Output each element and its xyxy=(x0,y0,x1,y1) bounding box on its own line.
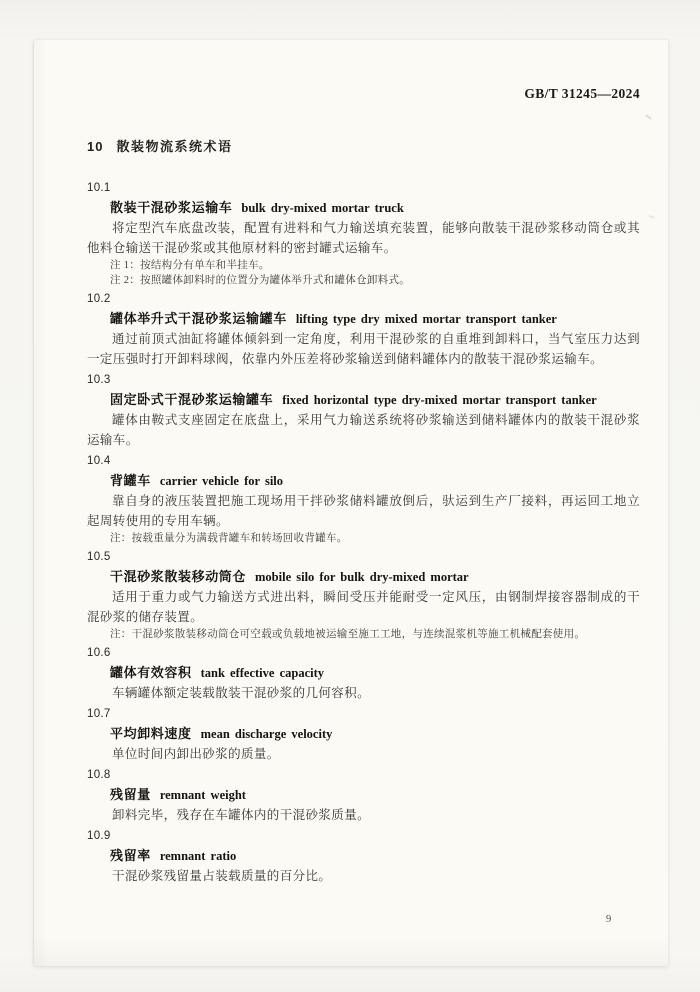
clause-10-8: 10.8 残留量remnant weight 卸料完毕，残存在车罐体内的干混砂浆… xyxy=(87,767,640,825)
clause-number: 10.6 xyxy=(87,645,640,661)
definition-text: 罐体由鞍式支座固定在底盘上，采用气力输送系统将砂浆输送到储料罐体内的散装干混砂浆… xyxy=(87,410,640,450)
note: 注：干混砂浆散装移动筒仓可空载或负载地被运输至施工工地，与连续混浆机等施工机械配… xyxy=(110,628,640,642)
definition-text: 靠自身的液压装置把施工现场用干拌砂浆储料罐放倒后，驮运到生产厂接料，再运回工地立… xyxy=(87,491,640,531)
term-zh: 残留率 xyxy=(110,848,151,863)
term-zh: 固定卧式干混砂浆运输罐车 xyxy=(110,392,273,407)
term-zh: 干混砂浆散装移动筒仓 xyxy=(110,569,246,584)
term-line: 残留量remnant weight xyxy=(110,785,640,805)
term-en: remnant weight xyxy=(160,788,246,802)
clause-10-2: 10.2 罐体举升式干混砂浆运输罐车lifting type dry mixed… xyxy=(87,291,640,369)
definition-text: 卸料完毕，残存在车罐体内的干混砂浆质量。 xyxy=(87,805,640,825)
term-zh: 背罐车 xyxy=(110,473,151,488)
clause-10-6: 10.6 罐体有效容积tank effective capacity 车辆罐体额… xyxy=(87,645,640,703)
term-en: tank effective capacity xyxy=(201,666,324,680)
term-line: 散装干混砂浆运输车bulk dry-mixed mortar truck xyxy=(110,198,640,218)
clause-10-4: 10.4 背罐车carrier vehicle for silo 靠自身的液压装… xyxy=(87,453,640,546)
term-zh: 残留量 xyxy=(110,787,151,802)
document-page: GB/T 31245—2024 10散装物流系统术语 10.1 散装干混砂浆运输… xyxy=(34,40,668,966)
definition-text: 干混砂浆残留量占装载质量的百分比。 xyxy=(87,866,640,886)
paper-bottom-shading xyxy=(34,938,668,966)
clause-number: 10.5 xyxy=(87,549,640,565)
term-en: fixed horizontal type dry-mixed mortar t… xyxy=(282,393,597,407)
clause-10-9: 10.9 残留率remnant ratio 干混砂浆残留量占装载质量的百分比。 xyxy=(87,828,640,886)
term-zh: 散装干混砂浆运输车 xyxy=(110,200,232,215)
note: 注：按载重量分为满载背罐车和转场回收背罐车。 xyxy=(110,532,640,546)
term-line: 干混砂浆散装移动筒仓mobile silo for bulk dry-mixed… xyxy=(110,567,640,587)
clause-10-1: 10.1 散装干混砂浆运输车bulk dry-mixed mortar truc… xyxy=(87,180,640,288)
clause-number: 10.1 xyxy=(87,180,640,196)
doc-number-header: GB/T 31245—2024 xyxy=(87,86,640,102)
section-heading: 10散装物流系统术语 xyxy=(87,138,640,156)
page-number: 9 xyxy=(606,914,611,925)
note: 注 1：按结构分有单车和半挂车。 xyxy=(110,259,640,273)
term-line: 罐体有效容积tank effective capacity xyxy=(110,663,640,683)
page-content: GB/T 31245—2024 10散装物流系统术语 10.1 散装干混砂浆运输… xyxy=(34,40,668,886)
clause-number: 10.4 xyxy=(87,453,640,469)
definition-text: 将定型汽车底盘改装，配置有进料和气力输送填充装置，能够向散装干混砂浆移动筒仓或其… xyxy=(87,218,640,258)
clause-number: 10.8 xyxy=(87,767,640,783)
term-en: bulk dry-mixed mortar truck xyxy=(241,201,403,215)
definition-text: 通过前顶式油缸将罐体倾斜到一定角度，利用干混砂浆的自重堆到卸料口，当气室压力达到… xyxy=(87,329,640,369)
clause-number: 10.2 xyxy=(87,291,640,307)
term-en: mean discharge velocity xyxy=(201,727,333,741)
term-en: mobile silo for bulk dry-mixed mortar xyxy=(255,570,469,584)
term-line: 罐体举升式干混砂浆运输罐车lifting type dry mixed mort… xyxy=(110,309,640,329)
clause-10-7: 10.7 平均卸料速度mean discharge velocity 单位时间内… xyxy=(87,706,640,764)
definition-text: 单位时间内卸出砂浆的质量。 xyxy=(87,744,640,764)
scanned-standard-page: { "page": { "doc_number": "GB/T 31245—20… xyxy=(0,0,700,992)
clause-number: 10.7 xyxy=(87,706,640,722)
clause-10-5: 10.5 干混砂浆散装移动筒仓mobile silo for bulk dry-… xyxy=(87,549,640,642)
clause-number: 10.9 xyxy=(87,828,640,844)
clause-10-3: 10.3 固定卧式干混砂浆运输罐车fixed horizontal type d… xyxy=(87,372,640,450)
term-en: lifting type dry mixed mortar transport … xyxy=(296,312,557,326)
term-line: 固定卧式干混砂浆运输罐车fixed horizontal type dry-mi… xyxy=(110,390,640,410)
term-line: 平均卸料速度mean discharge velocity xyxy=(110,724,640,744)
section-number: 10 xyxy=(87,139,103,154)
term-line: 残留率remnant ratio xyxy=(110,846,640,866)
note: 注 2：按照罐体卸料时的位置分为罐体举升式和罐体仓卸料式。 xyxy=(110,274,640,288)
term-zh: 平均卸料速度 xyxy=(110,726,192,741)
definition-text: 车辆罐体额定装载散装干混砂浆的几何容积。 xyxy=(87,683,640,703)
term-zh: 罐体有效容积 xyxy=(110,665,192,680)
term-zh: 罐体举升式干混砂浆运输罐车 xyxy=(110,311,287,326)
clause-number: 10.3 xyxy=(87,372,640,388)
term-en: carrier vehicle for silo xyxy=(160,474,283,488)
term-en: remnant ratio xyxy=(160,849,236,863)
term-line: 背罐车carrier vehicle for silo xyxy=(110,471,640,491)
section-title: 散装物流系统术语 xyxy=(116,139,232,154)
definition-text: 适用于重力或气力输送方式进出料，瞬间受压并能耐受一定风压，由钢制焊接容器制成的干… xyxy=(87,587,640,627)
